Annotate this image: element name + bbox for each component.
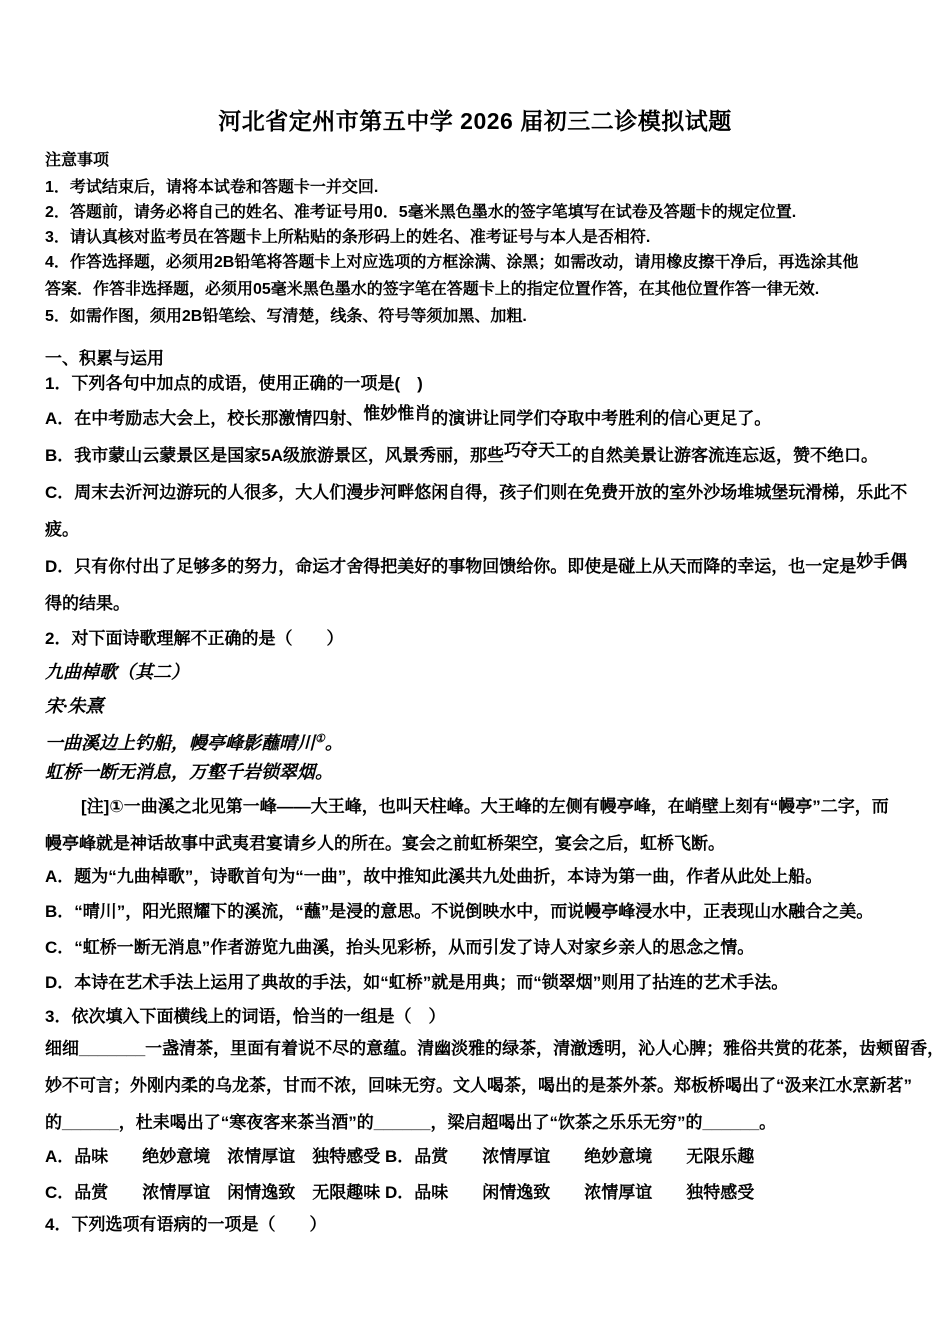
q1-option-b-suffix: 的自然美景让游客流连忘返，赞不绝口。 xyxy=(572,446,878,465)
q2-poem-verse1: 一曲溪边上钓船，幔亭峰影蘸晴川①。 xyxy=(45,728,343,754)
notice-header: 注意事项 xyxy=(45,150,109,172)
q4-stem: 4．下列选项有语病的一项是（ ） xyxy=(45,1214,326,1236)
q3-passage-line3: 的______，杜耒喝出了“寒夜客来茶当酒”的______，梁启超喝出了“饮茶之… xyxy=(45,1112,776,1134)
notice-item-2: 2．答题前，请务必将自己的姓名、准考证号用0．5毫米黑色墨水的签字笔填写在试卷及… xyxy=(45,202,796,224)
q2-poem-verse1-text: 一曲溪边上钓船，幔亭峰影蘸晴川 xyxy=(45,733,315,753)
q2-poem-title: 九曲棹歌（其二） xyxy=(45,661,189,683)
q1-option-c-line2: 疲。 xyxy=(45,519,79,541)
q2-stem: 2．对下面诗歌理解不正确的是（ ） xyxy=(45,628,343,650)
q2-poem-verse2: 虹桥一断无消息，万壑千岩锁翠烟。 xyxy=(45,761,333,783)
q2-poem-author: 宋·朱熹 xyxy=(45,695,104,717)
notice-item-5: 5．如需作图，须用2B铅笔绘、写清楚，线条、符号等须加黑、加粗. xyxy=(45,306,527,328)
q1-option-a-suffix: 的演讲让同学们夺取中考胜利的信心更足了。 xyxy=(431,409,771,428)
q1-option-d-line1: D．只有你付出了足够多的努力，命运才舍得把美好的事物回馈给你。即使是碰上从天而降… xyxy=(45,556,907,578)
notice-item-1: 1．考试结束后，请将本试卷和答题卡一并交回. xyxy=(45,177,378,199)
q1-option-c-line1: C．周末去沂河边游玩的人很多，大人们漫步河畔悠闲自得，孩子们则在免费开放的室外沙… xyxy=(45,482,907,504)
q1-option-b-dotted-idiom: 巧夺天工 xyxy=(504,441,572,460)
q2-note-line1: [注]①一曲溪之北见第一峰——大王峰，也叫天柱峰。大王峰的左侧有幔亭峰，在峭壁上… xyxy=(45,796,889,818)
q1-option-a-dotted-idiom: 惟妙惟肖 xyxy=(363,404,431,423)
page-title: 河北省定州市第五中学 2026 届初三二诊模拟试题 xyxy=(0,110,950,132)
q2-option-a: A．题为“九曲棹歌”，诗歌首句为“一曲”，故中推知此溪共九处曲折，本诗为第一曲，… xyxy=(45,866,822,888)
q1-option-b-prefix: B．我市蒙山云蒙景区是国家5A级旅游景区，风景秀丽，那些 xyxy=(45,446,504,465)
q3-option-row-ab: A．品味 绝妙意境 浓情厚谊 独特感受 B．品赏 浓情厚谊 绝妙意境 无限乐趣 xyxy=(45,1146,754,1168)
section-heading: 一、积累与运用 xyxy=(45,348,164,370)
q1-option-a-prefix: A．在中考励志大会上，校长那激情四射、 xyxy=(45,409,363,428)
notice-item-4-line2: 答案．作答非选择题，必须用05毫米黑色墨水的签字笔在答题卡上的指定位置作答，在其… xyxy=(45,279,819,301)
q1-stem: 1．下列各句中加点的成语，使用正确的一项是( ) xyxy=(45,373,423,395)
q2-option-c: C．“虹桥一断无消息”作者游览九曲溪，抬头见彩桥，从而引发了诗人对家乡亲人的思念… xyxy=(45,937,754,959)
q3-stem: 3．依次填入下面横线上的词语，恰当的一组是（ ） xyxy=(45,1006,445,1028)
q3-passage-line1: 细细_______一盏清茶，里面有着说不尽的意蕴。清幽淡雅的绿茶，清澈透明，沁人… xyxy=(45,1038,944,1060)
notice-item-3: 3．请认真核对监考员在答题卡上所粘贴的条形码上的姓名、准考证号与本人是否相符. xyxy=(45,227,650,249)
q3-passage-line2: 妙不可言；外刚内柔的乌龙茶，甘而不浓，回味无穷。文人喝茶，喝出的是茶外茶。郑板桥… xyxy=(45,1075,912,1097)
q1-option-a: A．在中考励志大会上，校长那激情四射、惟妙惟肖的演讲让同学们夺取中考胜利的信心更… xyxy=(45,408,771,430)
q2-option-b: B．“晴川”，阳光照耀下的溪流，“蘸”是浸的意思。不说倒映水中，而说幔亭峰浸水中… xyxy=(45,901,873,923)
q2-note-line2: 幔亭峰就是神话故事中武夷君宴请乡人的所在。宴会之前虹桥架空，宴会之后，虹桥飞断。 xyxy=(45,833,725,855)
notice-item-4-line1: 4．作答选择题，必须用2B铅笔将答题卡上对应选项的方框涂满、涂黑；如需改动，请用… xyxy=(45,252,858,274)
q2-option-d: D．本诗在艺术手法上运用了典故的手法，如“虹桥”就是用典；而“锁翠烟”则用了拈连… xyxy=(45,972,788,994)
q1-option-d-line2: 得的结果。 xyxy=(45,593,130,615)
q2-poem-verse1-end: 。 xyxy=(325,733,343,753)
q1-option-d-dotted-idiom: 妙手偶 xyxy=(856,552,907,571)
q2-poem-note-ref: ① xyxy=(315,733,325,745)
q1-option-b: B．我市蒙山云蒙景区是国家5A级旅游景区，风景秀丽，那些巧夺天工的自然美景让游客… xyxy=(45,445,878,467)
q3-option-row-cd: C．品赏 浓情厚谊 闲情逸致 无限趣味 D．品味 闲情逸致 浓情厚谊 独特感受 xyxy=(45,1182,754,1204)
exam-paper-page: 河北省定州市第五中学 2026 届初三二诊模拟试题 注意事项 1．考试结束后，请… xyxy=(0,0,950,1344)
q1-option-d-prefix: D．只有你付出了足够多的努力，命运才舍得把美好的事物回馈给你。即使是碰上从天而降… xyxy=(45,557,856,576)
